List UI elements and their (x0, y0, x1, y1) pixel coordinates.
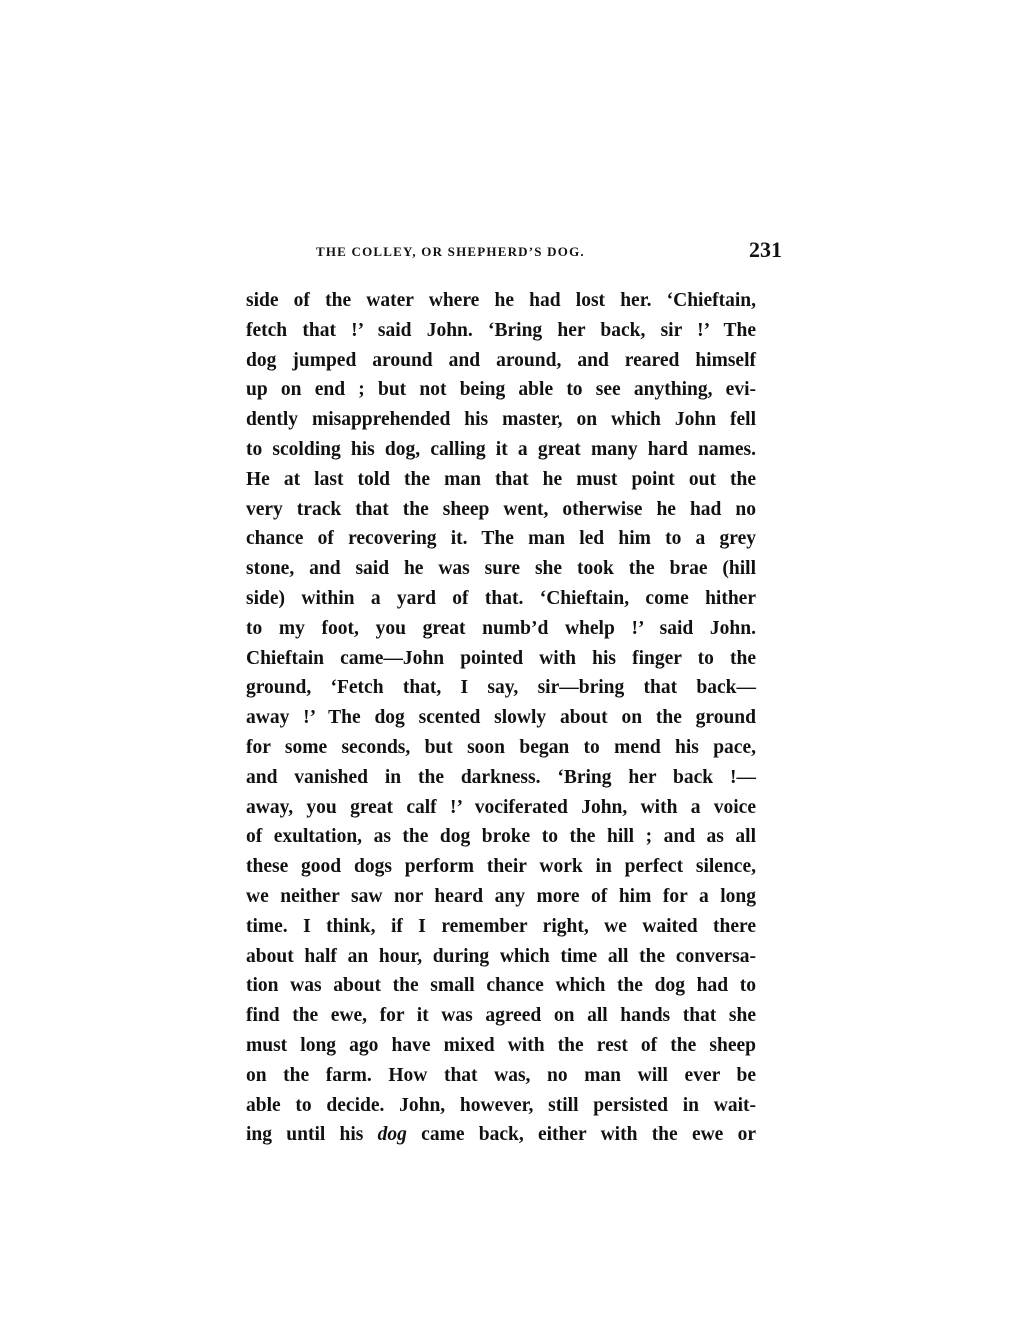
text-line-last: ing until his dog came back, either with… (246, 1120, 756, 1150)
text-line: away !’ The dog scented slowly about on … (246, 703, 756, 733)
text-line: dog jumped around and around, and reared… (246, 346, 756, 376)
text-line: these good dogs perform their work in pe… (246, 852, 756, 882)
text-line: and vanished in the darkness. ‘Bring her… (246, 763, 756, 793)
running-title: THE COLLEY, OR SHEPHERD’s DOG. (316, 244, 585, 260)
text-line: ground, ‘Fetch that, I say, sir—bring th… (246, 673, 756, 703)
text-line: very track that the sheep went, otherwis… (246, 495, 756, 525)
text-line: about half an hour, during which time al… (246, 942, 756, 972)
text-line: to scolding his dog, calling it a great … (246, 435, 756, 465)
last-line-end: came back, either with the ewe or (407, 1124, 756, 1145)
text-line: of exultation, as the dog broke to the h… (246, 822, 756, 852)
text-line: to my foot, you great numb’d whelp !’ sa… (246, 614, 756, 644)
text-line: we neither saw nor heard any more of him… (246, 882, 756, 912)
page-number: 231 (749, 237, 782, 263)
text-line: chance of recovering it. The man led him… (246, 524, 756, 554)
text-line: fetch that !’ said John. ‘Bring her back… (246, 316, 756, 346)
text-line: dently misapprehended his master, on whi… (246, 405, 756, 435)
text-line: Chieftain came—John pointed with his fin… (246, 644, 756, 674)
text-line: must long ago have mixed with the rest o… (246, 1031, 756, 1061)
text-line: on the farm. How that was, no man will e… (246, 1061, 756, 1091)
italic-word: dog (378, 1124, 407, 1145)
text-line: side of the water where he had lost her.… (246, 286, 756, 316)
text-line: side) within a yard of that. ‘Chieftain,… (246, 584, 756, 614)
text-line: for some seconds, but soon began to mend… (246, 733, 756, 763)
text-line: stone, and said he was sure she took the… (246, 554, 756, 584)
text-line: find the ewe, for it was agreed on all h… (246, 1001, 756, 1031)
text-line: He at last told the man that he must poi… (246, 465, 756, 495)
text-line: able to decide. John, however, still per… (246, 1091, 756, 1121)
text-line: away, you great calf !’ vociferated John… (246, 793, 756, 823)
text-line: time. I think, if I remember right, we w… (246, 912, 756, 942)
last-line-start: ing until his (246, 1124, 378, 1145)
text-line: tion was about the small chance which th… (246, 971, 756, 1001)
running-head: THE COLLEY, OR SHEPHERD’s DOG. 231 (316, 240, 782, 264)
book-page: THE COLLEY, OR SHEPHERD’s DOG. 231 side … (0, 0, 1033, 1339)
text-line: up on end ; but not being able to see an… (246, 375, 756, 405)
body-text: side of the water where he had lost her.… (246, 286, 756, 1150)
